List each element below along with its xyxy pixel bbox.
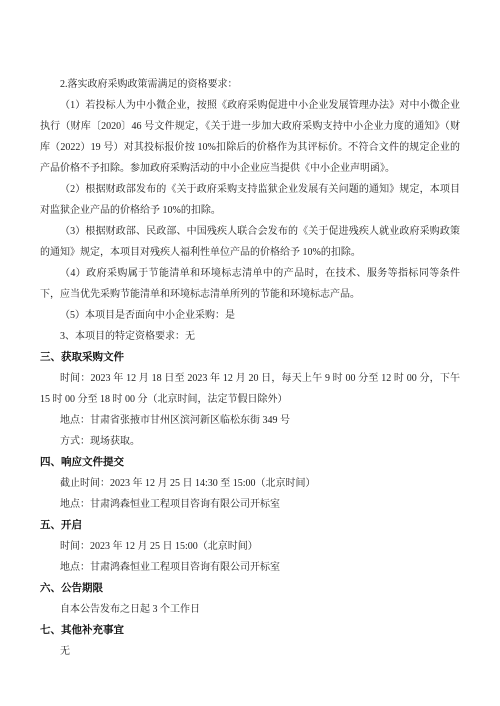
response-submission-location: 地点：甘肃鸿森恒业工程项目咨询有限公司开标室 [40, 494, 460, 515]
opening-location: 地点：甘肃鸿森恒业工程项目咨询有限公司开标室 [40, 557, 460, 578]
section-heading-opening: 五、开启 [40, 515, 460, 536]
section-heading-other-matters: 七、其他补充事宜 [40, 620, 460, 641]
announcement-period-line: 自本公告发布之日起 3 个工作日 [40, 599, 460, 620]
opening-time: 时间：2023 年 12 月 25 日 15:00（北京时间） [40, 536, 460, 557]
other-matters-line: 无 [40, 641, 460, 662]
section-heading-obtain-documents: 三、获取采购文件 [40, 347, 460, 368]
qualification-item-2: （2）根据财政部发布的《关于政府采购支持监狱企业发展有关问题的通知》规定，本项目… [40, 179, 460, 221]
specific-qualification-line: 3、本项目的特定资格要求：无 [40, 326, 460, 347]
section-heading-announcement-period: 六、公告期限 [40, 578, 460, 599]
qualification-item-5: （5）本项目是否面向中小企业采购：是 [40, 305, 460, 326]
obtain-documents-time: 时间：2023 年 12 月 18 日至 2023 年 12 月 20 日，每天… [40, 368, 460, 410]
qualification-item-4: （4）政府采购属于节能清单和环境标志清单中的产品时，在技术、服务等指标同等条件下… [40, 263, 460, 305]
qualification-intro: 2.落实政府采购政策需满足的资格要求： [40, 74, 460, 95]
section-heading-response-submission: 四、响应文件提交 [40, 452, 460, 473]
qualification-item-3: （3）根据财政部、民政部、中国残疾人联合会发布的《关于促进残疾人就业政府采购政策… [40, 221, 460, 263]
document-page: 2.落实政府采购政策需满足的资格要求： （1）若投标人为中小微企业，按照《政府采… [0, 0, 500, 706]
obtain-documents-location: 地点：甘肃省张掖市甘州区滨河新区临松东街 349 号 [40, 410, 460, 431]
obtain-documents-method: 方式：现场获取。 [40, 431, 460, 452]
qualification-item-1: （1）若投标人为中小微企业，按照《政府采购促进中小企业发展管理办法》对中小微企业… [40, 95, 460, 179]
response-submission-deadline: 截止时间：2023 年 12 月 25 日 14:30 至 15:00（北京时间… [40, 473, 460, 494]
